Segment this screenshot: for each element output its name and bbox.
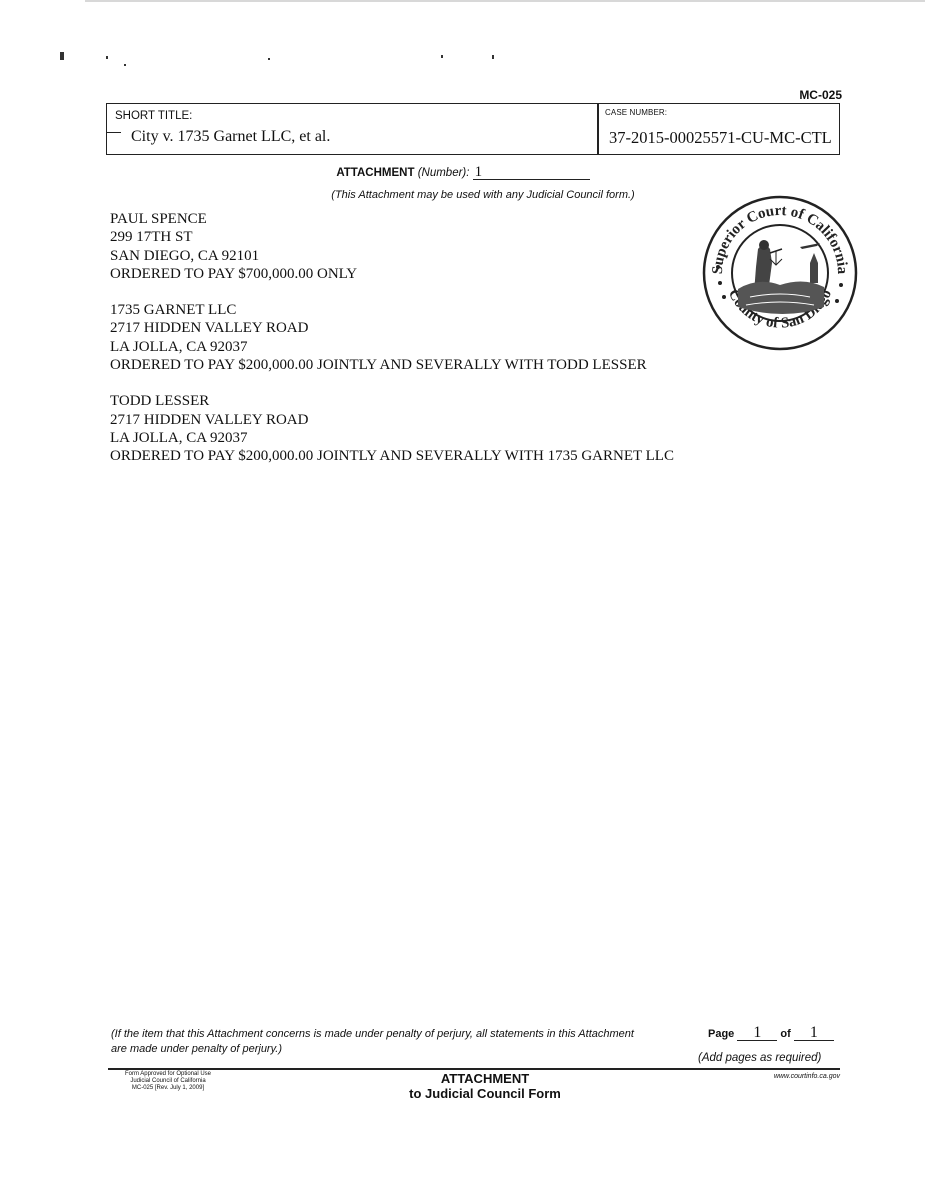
page-total: 1 bbox=[794, 1025, 834, 1041]
page-indicator: Page 1 of 1 bbox=[708, 1025, 834, 1041]
party-order: ORDERED TO PAY $200,000.00 JOINTLY AND S… bbox=[110, 447, 674, 465]
party-address-line1: 299 17TH ST bbox=[110, 228, 674, 246]
attachment-number: 1 bbox=[473, 165, 590, 180]
party-order: ORDERED TO PAY $200,000.00 JOINTLY AND S… bbox=[110, 356, 674, 374]
footer-rule bbox=[108, 1068, 840, 1070]
short-title-tick bbox=[107, 132, 121, 133]
attachment-heading: ATTACHMENT (Number): 1 bbox=[0, 165, 926, 180]
form-id: MC-025 bbox=[799, 88, 842, 102]
party-entry: PAUL SPENCE 299 17TH ST SAN DIEGO, CA 92… bbox=[110, 210, 674, 283]
party-name: 1735 GARNET LLC bbox=[110, 301, 674, 319]
attachment-label: ATTACHMENT bbox=[336, 167, 414, 179]
case-number-value: 37-2015-00025571-CU-MC-CTL bbox=[609, 128, 832, 148]
scan-artifact bbox=[124, 64, 126, 66]
perjury-note: (If the item that this Attachment concer… bbox=[111, 1027, 651, 1057]
short-title-value: City v. 1735 Garnet LLC, et al. bbox=[131, 128, 330, 146]
footer-title-line-2: to Judicial Council Form bbox=[44, 1086, 926, 1101]
caption-divider bbox=[597, 104, 599, 154]
party-address-line1: 2717 HIDDEN VALLEY ROAD bbox=[110, 319, 674, 337]
party-name: PAUL SPENCE bbox=[110, 210, 674, 228]
court-seal-icon: Superior Court of California County of S… bbox=[700, 193, 860, 353]
scan-artifact bbox=[60, 52, 64, 60]
scan-top-edge bbox=[85, 0, 925, 2]
party-address-line1: 2717 HIDDEN VALLEY ROAD bbox=[110, 411, 674, 429]
party-address-line2: LA JOLLA, CA 92037 bbox=[110, 429, 674, 447]
party-address-line2: LA JOLLA, CA 92037 bbox=[110, 338, 674, 356]
party-entry: TODD LESSER 2717 HIDDEN VALLEY ROAD LA J… bbox=[110, 392, 674, 465]
scan-artifact bbox=[268, 58, 270, 60]
party-order: ORDERED TO PAY $700,000.00 ONLY bbox=[110, 265, 674, 283]
party-address-line2: SAN DIEGO, CA 92101 bbox=[110, 247, 674, 265]
party-list: PAUL SPENCE 299 17TH ST SAN DIEGO, CA 92… bbox=[110, 210, 674, 484]
party-entry: 1735 GARNET LLC 2717 HIDDEN VALLEY ROAD … bbox=[110, 301, 674, 374]
party-name: TODD LESSER bbox=[110, 392, 674, 410]
page-label: Page bbox=[708, 1028, 734, 1040]
short-title-label: SHORT TITLE: bbox=[115, 110, 192, 122]
case-number-label: CASE NUMBER: bbox=[605, 108, 667, 117]
caption-box: SHORT TITLE: City v. 1735 Garnet LLC, et… bbox=[106, 103, 840, 155]
of-label: of bbox=[780, 1028, 790, 1040]
scan-artifact bbox=[106, 56, 108, 59]
scan-artifact bbox=[441, 55, 443, 58]
website-link[interactable]: www.courtinfo.ca.gov bbox=[774, 1073, 840, 1080]
scan-artifact bbox=[492, 55, 494, 59]
page-current: 1 bbox=[737, 1025, 777, 1041]
attachment-number-label: (Number): bbox=[418, 167, 470, 179]
add-pages-note: (Add pages as required) bbox=[698, 1052, 821, 1064]
